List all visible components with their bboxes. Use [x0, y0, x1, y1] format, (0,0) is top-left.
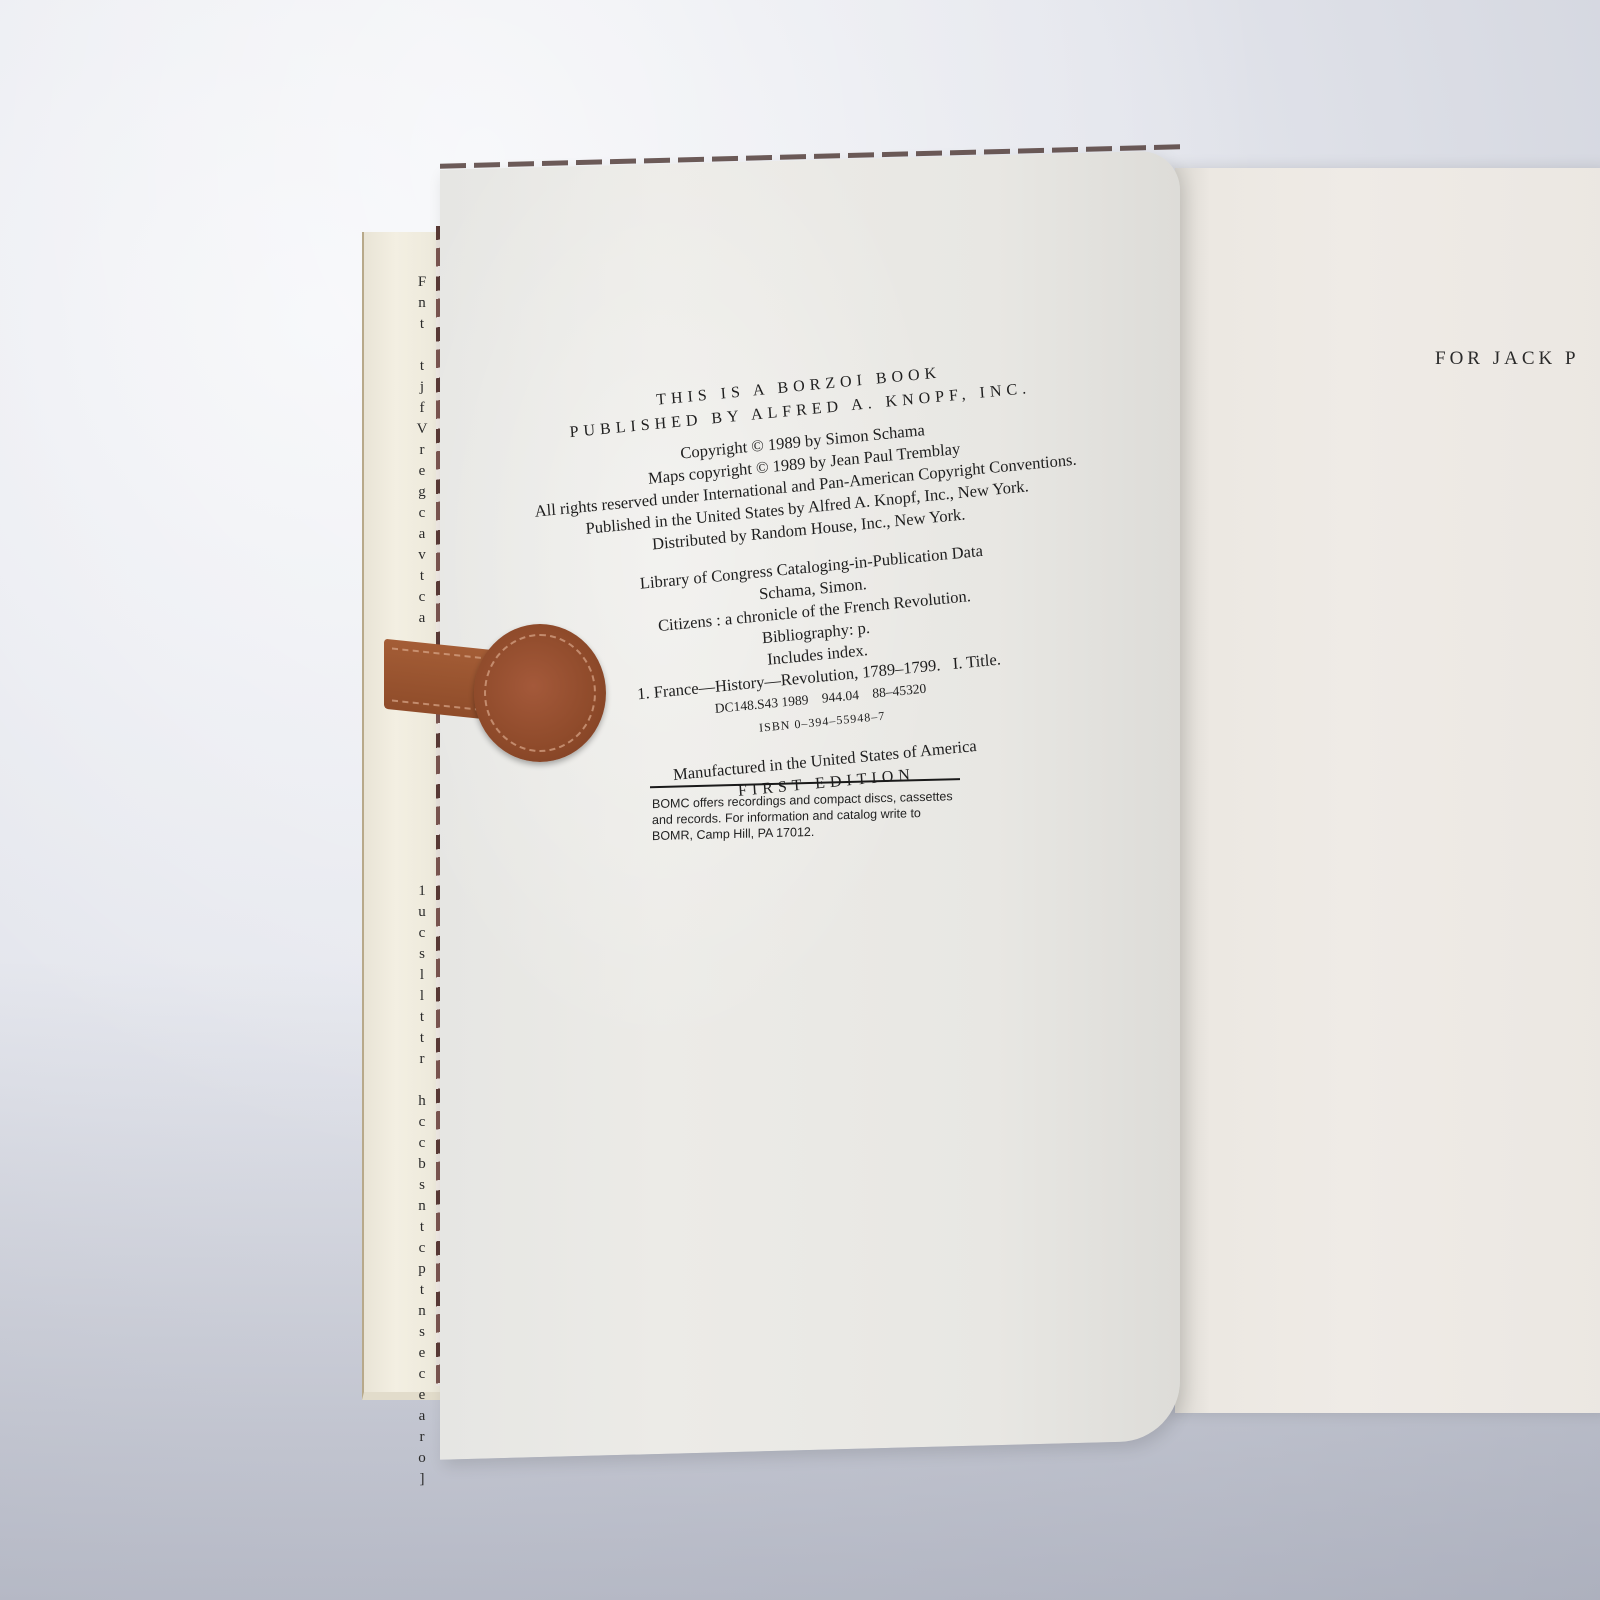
flap-letter: n	[412, 293, 432, 314]
flap-letter: s	[412, 944, 432, 965]
flap-letter: t	[412, 1007, 432, 1028]
flap-letter	[412, 797, 432, 818]
flap-letter	[412, 839, 432, 860]
flap-letter: c	[412, 923, 432, 944]
flap-letter	[412, 776, 432, 797]
flap-letter: l	[412, 986, 432, 1007]
flap-letter: r	[412, 440, 432, 461]
flap-letter: F	[412, 272, 432, 293]
flap-letter: g	[412, 482, 432, 503]
flap-letter	[412, 860, 432, 881]
flap-letter: u	[412, 902, 432, 923]
flap-letter: a	[412, 524, 432, 545]
flap-letter: e	[412, 1343, 432, 1364]
flap-letter: e	[412, 1385, 432, 1406]
flap-letter: s	[412, 1322, 432, 1343]
flap-letter: c	[412, 1112, 432, 1133]
flap-letter: a	[412, 1406, 432, 1427]
flap-letter: c	[412, 1238, 432, 1259]
flap-letter: t	[412, 566, 432, 587]
flap-letter	[412, 1070, 432, 1091]
flap-letter: f	[412, 398, 432, 419]
flap-letter: r	[412, 1049, 432, 1070]
flap-letter: r	[412, 1427, 432, 1448]
flap-letter: l	[412, 965, 432, 986]
flap-letter: o	[412, 1448, 432, 1469]
flap-letter	[412, 818, 432, 839]
flap-letter: p	[412, 1259, 432, 1280]
bomc-notice: BOMC offers recordings and compact discs…	[652, 787, 992, 844]
flap-letter: b	[412, 1154, 432, 1175]
flap-letter: n	[412, 1301, 432, 1322]
flap-letter: c	[412, 1364, 432, 1385]
flap-letter: t	[412, 314, 432, 335]
bookmark-magnet-end	[474, 624, 606, 762]
flap-letter: c	[412, 503, 432, 524]
flap-letter: h	[412, 1091, 432, 1112]
flap-letter: t	[412, 356, 432, 377]
flap-letter: c	[412, 1133, 432, 1154]
flap-letter: s	[412, 1175, 432, 1196]
flap-letter: t	[412, 1217, 432, 1238]
flap-letter: v	[412, 545, 432, 566]
flap-letter: ]	[412, 1469, 432, 1490]
flap-letter: j	[412, 377, 432, 398]
stitching	[484, 634, 596, 752]
dedication-text: FOR JACK P	[1435, 348, 1580, 370]
flap-letter: n	[412, 1196, 432, 1217]
flap-letter: c	[412, 587, 432, 608]
flap-letter: t	[412, 1028, 432, 1049]
jacket-flap-text: FnttjfVregcavtca1ucsllttrhccbsntcptnsece…	[412, 272, 432, 1490]
flap-letter	[412, 335, 432, 356]
flap-letter: 1	[412, 881, 432, 902]
flap-letter: e	[412, 461, 432, 482]
flap-letter: t	[412, 1280, 432, 1301]
flap-letter: V	[412, 419, 432, 440]
dedication-page: FOR JACK P	[1175, 168, 1600, 1413]
leather-bookmark[interactable]	[384, 624, 606, 762]
copyright-page: THIS IS A BORZOI BOOK PUBLISHED BY ALFRE…	[440, 150, 1180, 1459]
jacket-flap: FnttjfVregcavtca1ucsllttrhccbsntcptnsece…	[362, 232, 444, 1400]
